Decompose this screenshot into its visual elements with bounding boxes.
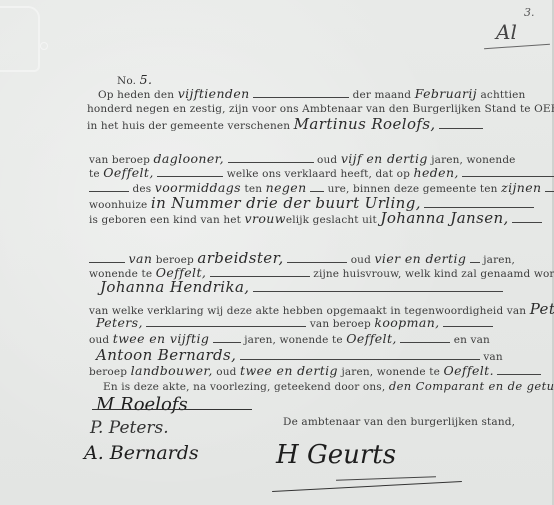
witness2-age-field: twee en dertig	[240, 363, 338, 378]
official-label: De ambtenaar van den burgerlijken stand,	[283, 415, 515, 429]
text: des	[133, 183, 152, 195]
sex-field: vrouw	[245, 211, 286, 226]
blank-line	[470, 254, 480, 263]
record-number: No. 5.	[117, 73, 152, 88]
text: oud	[216, 366, 236, 378]
possessive-field: zijnen	[501, 180, 541, 195]
witness1-firstname-field: Peter	[530, 300, 554, 318]
signature-flourish	[336, 476, 436, 480]
line-child-sex-mother: is geboren een kind van het vrouwelijk g…	[89, 211, 542, 227]
witness1-residence-field: Oeffelt,	[346, 331, 397, 346]
line-year-place: honderd negen en zestig, zijn voor ons A…	[87, 102, 554, 116]
blank-line	[462, 168, 554, 177]
text: jaren, wonende te	[244, 334, 343, 346]
witness1-age-field: twee en vijftig	[113, 331, 210, 346]
text: in het huis der gemeente verschenen	[87, 120, 290, 132]
mother-name-field: Johanna Jansen,	[380, 209, 508, 227]
day-field: vijftienden	[178, 86, 250, 101]
text: En is deze akte, na voorlezing, geteeken…	[103, 381, 385, 393]
blank-line	[240, 351, 480, 360]
text: en van	[454, 334, 490, 346]
witness1-surname-field: Peters,	[96, 315, 143, 330]
line-date: Op heden den vijftienden der maand Febru…	[98, 87, 525, 102]
blank-line	[545, 183, 554, 192]
declarant-signature: M Roelofs	[96, 394, 188, 415]
time-of-day-field: voormiddags	[155, 180, 241, 195]
blank-line	[287, 254, 347, 263]
blank-line	[146, 318, 306, 327]
document-page: 3. Al No. 5. Op heden den vijftienden de…	[0, 0, 554, 505]
blank-line	[443, 318, 493, 327]
text: oud	[317, 154, 337, 166]
prefix-field: van	[129, 251, 153, 266]
line-declarant-residence: te Oeffelt, welke ons verklaard heeft, d…	[89, 166, 554, 181]
corner-underline	[484, 44, 550, 50]
blank-line	[253, 89, 349, 98]
text: oud	[351, 254, 371, 266]
line-declarant: in het huis der gemeente verschenen Mart…	[87, 117, 483, 133]
blank-line	[210, 268, 310, 277]
blank-line	[89, 254, 125, 263]
text: zijne huisvrouw, welk kind zal genaamd w…	[313, 268, 554, 280]
witness2-name-field: Antoon Bernards,	[96, 346, 236, 364]
text: oud	[89, 334, 109, 346]
declarant-name-field: Martinus Roelofs,	[294, 115, 436, 133]
declarant-occupation-field: daglooner,	[154, 151, 225, 166]
seal-mark-icon	[40, 42, 48, 50]
witness2-signature: A. Bernards	[84, 442, 199, 464]
signature-line	[92, 409, 252, 410]
embossed-seal-icon	[0, 6, 40, 72]
text: is geboren een kind van het	[89, 214, 241, 226]
line-witness2-name: Antoon Bernards, van	[96, 348, 503, 364]
witness1-signature: P. Peters.	[90, 418, 169, 438]
record-number-value: 5.	[140, 72, 153, 87]
blank-line	[424, 199, 534, 208]
text: achttien	[481, 89, 526, 101]
municipality: OEFFELT,	[534, 103, 554, 115]
line-witness1-occupation: Peters, van beroep koopman,	[96, 316, 493, 331]
blank-line	[228, 154, 314, 163]
blank-line	[400, 334, 450, 343]
text: De ambtenaar van den burgerlijken stand,	[283, 416, 515, 428]
text: woonhuize	[89, 199, 147, 211]
official-signature: H Geurts	[276, 440, 396, 470]
signature-flourish	[272, 481, 462, 492]
text: Op heden den	[98, 89, 174, 101]
witness2-occupation-field: landbouwer,	[131, 363, 213, 378]
child-name-field: Johanna Hendrika,	[100, 278, 249, 296]
mother-age-field: vier en dertig	[374, 251, 466, 266]
blank-line	[89, 183, 129, 192]
text: jaren,	[483, 254, 515, 266]
text: jaren, wonende te	[341, 366, 440, 378]
text: van	[483, 351, 502, 363]
blank-line	[439, 120, 483, 129]
month-field: Februarij	[415, 86, 477, 101]
line-witness2-occupation: beroep landbouwer, oud twee en dertig ja…	[89, 364, 541, 379]
line-closing: En is deze akte, na voorlezing, geteeken…	[103, 379, 554, 394]
blank-line	[512, 214, 542, 223]
witness2-residence-field: Oeffelt.	[443, 363, 494, 378]
blank-line	[157, 168, 223, 177]
hour-field: negen	[266, 180, 307, 195]
declarant-age-field: vijf en dertig	[341, 151, 428, 166]
blank-line	[497, 366, 541, 375]
blank-line	[253, 283, 503, 292]
text: der maand	[353, 89, 412, 101]
text: beroep	[89, 366, 127, 378]
mother-occupation-field: arbeidster,	[197, 249, 283, 267]
blank-line	[310, 183, 324, 192]
record-number-label: No.	[117, 75, 136, 87]
text: welke ons verklaard heeft, dat op	[227, 168, 410, 180]
text: elijk geslacht uit	[286, 214, 377, 226]
page-number: 3.	[524, 6, 535, 19]
declarant-residence-field: Oeffelt,	[103, 165, 154, 180]
signers-field: den Comparant en de getuigen.	[389, 379, 554, 393]
line-mother-occupation: van beroep arbeidster, oud vier en derti…	[89, 251, 515, 267]
birth-date-field: heden,	[414, 165, 459, 180]
witness1-occupation-field: koopman,	[374, 315, 439, 330]
blank-line	[213, 334, 241, 343]
corner-initials: Al	[496, 20, 517, 44]
line-witness1-age: oud twee en vijftig jaren, wonende te Oe…	[89, 332, 490, 347]
text: honderd negen en zestig, zijn voor ons A…	[87, 103, 531, 115]
line-child-name: Johanna Hendrika,	[100, 280, 503, 296]
text: van beroep	[310, 318, 371, 330]
text: te	[89, 168, 100, 180]
